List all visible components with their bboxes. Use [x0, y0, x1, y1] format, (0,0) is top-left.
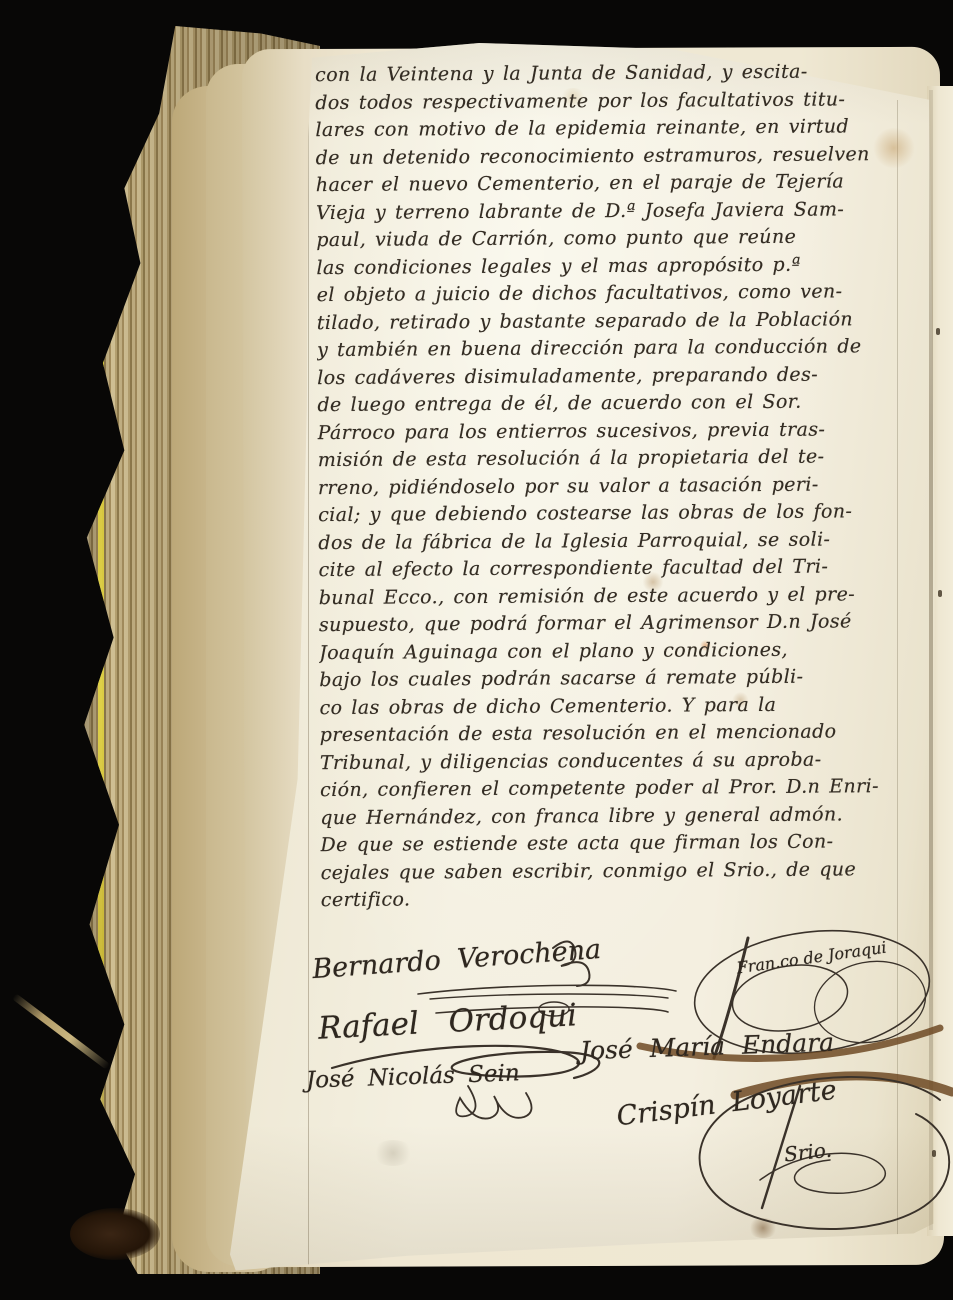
- manuscript-line: certifico.: [321, 883, 917, 915]
- manuscript-line: De que se estiende este acta que firman …: [320, 828, 916, 860]
- manuscript-line: Joaquín Aguinaga con el plano y condicio…: [319, 635, 915, 667]
- binding-shadow: [70, 1208, 160, 1260]
- stain: [748, 1218, 778, 1238]
- manuscript-line: Párroco para los entierros sucesivos, pr…: [318, 415, 914, 447]
- manuscript-line: cite al efecto la correspondiente facult…: [318, 553, 914, 585]
- manuscript-line: de luego entrega de él, de acuerdo con e…: [317, 388, 913, 420]
- manuscript-line: las condiciones legales y el mas apropós…: [316, 250, 912, 282]
- manuscript-line: lares con motivo de la epidemia reinante…: [315, 113, 911, 145]
- signature-title-srio: Srio.: [783, 1138, 833, 1167]
- manuscript-line: rreno, pidiéndoselo por su valor a tasac…: [318, 470, 914, 502]
- manuscript-line: misión de esta resolución á la propietar…: [318, 443, 914, 475]
- manuscript-line: bunal Ecco., con remisión de este acuerd…: [319, 580, 915, 612]
- manuscript-line: cejales que saben escribir, conmigo el S…: [321, 855, 917, 887]
- manuscript-line: dos de la fábrica de la Iglesia Parroqui…: [318, 525, 914, 557]
- ink-speck: [932, 1150, 936, 1157]
- manuscript-line: con la Veintena y la Junta de Sanidad, y…: [315, 58, 911, 90]
- manuscript-line: tilado, retirado y bastante separado de …: [317, 305, 913, 337]
- manuscript-line: dos todos respectivamente por los facult…: [315, 85, 911, 117]
- manuscript-line: paul, viuda de Carrión, como punto que r…: [316, 223, 912, 255]
- ink-speck: [938, 590, 942, 597]
- manuscript-line: el objeto a juicio de dichos facultativo…: [317, 278, 913, 310]
- stain: [372, 1140, 414, 1166]
- manuscript-line: los cadáveres disimuladamente, preparand…: [317, 360, 913, 392]
- manuscript-line: de un detenido reconocimiento estramuros…: [316, 140, 912, 172]
- manuscript-line: hacer el nuevo Cementerio, en el paraje …: [316, 168, 912, 200]
- book-photo: con la Veintena y la Junta de Sanidad, y…: [0, 0, 953, 1300]
- manuscript-line: presentación de esta resolución en el me…: [320, 718, 916, 750]
- manuscript-line: ción, confieren el competente poder al P…: [320, 773, 916, 805]
- manuscript-line: y también en buena dirección para la con…: [317, 333, 913, 365]
- binding-cord: [12, 993, 110, 1070]
- manuscript-text: con la Veintena y la Junta de Sanidad, y…: [315, 58, 917, 915]
- manuscript-line: Vieja y terreno labrante de D.ª Josefa J…: [316, 195, 912, 227]
- manuscript-line: cial; y que debiendo costearse las obras…: [318, 498, 914, 530]
- gutter-crease: [929, 90, 933, 1230]
- manuscript-line: que Hernández, con franca libre y genera…: [320, 800, 916, 832]
- manuscript-line: bajo los cuales podrán sacarse á remate …: [319, 663, 915, 695]
- yellow-edge-stripe: [98, 113, 104, 1186]
- manuscript-line: Tribunal, y diligencias conducentes á su…: [320, 745, 916, 777]
- ink-speck: [936, 328, 940, 335]
- manuscript-line: supuesto, que podrá formar el Agrimensor…: [319, 608, 915, 640]
- manuscript-line: co las obras de dicho Cementerio. Y para…: [319, 690, 915, 722]
